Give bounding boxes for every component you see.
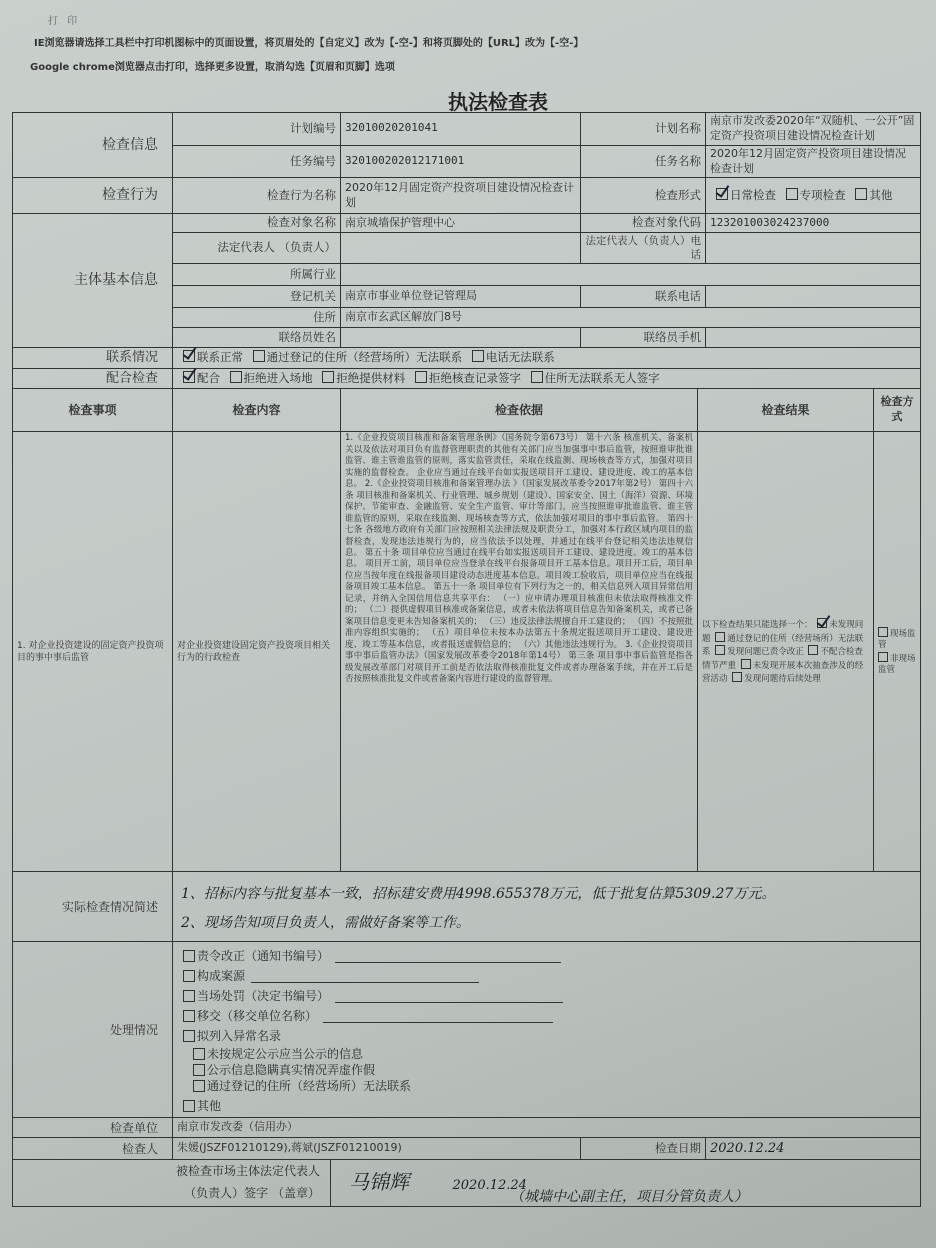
liaison-mobile-label: 联络员手机: [581, 328, 706, 348]
address-label: 住所: [173, 308, 341, 328]
inspection-form-label: 检查形式: [581, 178, 706, 214]
checkbox-onsite[interactable]: [878, 627, 888, 637]
signature-name: 马锦辉: [349, 1170, 409, 1194]
legal-rep-phone-value: [706, 232, 921, 263]
checkbox-case-source[interactable]: [183, 970, 195, 982]
checkbox-contact-address-fail[interactable]: [253, 350, 265, 362]
option-not-disclosed: 未按规定公示应当公示的信息: [207, 1046, 363, 1062]
contact-status-label: 联系情况: [13, 348, 173, 369]
checkbox-onsite-penalty[interactable]: [183, 990, 195, 1002]
option-case-source: 构成案源: [197, 968, 245, 984]
industry-value: [341, 264, 921, 286]
checkbox-no-contact-no-sign[interactable]: [531, 371, 543, 383]
ie-instruction: IE浏览器请选择工具栏中打印机图标中的页面设置，将页眉处的【自定义】改为【-空-…: [34, 34, 583, 49]
option-special: 专项检查: [800, 188, 846, 202]
checkbox-refuse-entry[interactable]: [230, 371, 242, 383]
checkbox-address-no-contact[interactable]: [193, 1080, 205, 1092]
inspection-date-value: 2020.12.24: [706, 1138, 921, 1160]
checkbox-handling-other[interactable]: [183, 1100, 195, 1112]
cooperation-label: 配合检查: [13, 368, 173, 389]
inspection-date-label: 检查日期: [581, 1138, 706, 1160]
transfer-blank[interactable]: [323, 1010, 553, 1023]
option-problem-pending: 发现问题待后续处理: [744, 674, 821, 684]
checkbox-offsite[interactable]: [878, 652, 888, 662]
check-method-options: 现场监管 非现场监管: [874, 432, 921, 872]
header-check-basis: 检查依据: [341, 389, 698, 432]
header-check-method: 检查方式: [874, 389, 921, 432]
inspection-form: 检查信息 计划编号 32010020201041 计划名称 南京市发改委2020…: [12, 112, 921, 1207]
checkbox-special[interactable]: [786, 188, 798, 200]
action-name-label: 检查行为名称: [173, 178, 341, 214]
section-subject-info: 主体基本信息: [13, 214, 173, 348]
option-contact-address-fail: 通过登记的住所（经营场所）无法联系: [267, 350, 463, 364]
option-order-correction: 责令改正（通知书编号）: [197, 948, 329, 964]
option-transfer: 移交（移交单位名称）: [197, 1008, 317, 1024]
check-content-value: 对企业投资建设固定资产投资项目相关行为的行政检查: [173, 432, 341, 872]
header-check-content: 检查内容: [173, 389, 341, 432]
contact-phone-value: [706, 286, 921, 308]
option-false-disclosure: 公示信息隐瞒真实情况弄虚作假: [207, 1062, 375, 1078]
checkbox-other[interactable]: [855, 188, 867, 200]
handling-options: 责令改正（通知书编号） 构成案源 当场处罚（决定书编号） 移交（移交单位名称） …: [173, 942, 921, 1118]
checkbox-contact-normal[interactable]: [183, 350, 195, 362]
signer-title-note: （城墙中心副主任，项目分管负责人）: [510, 1186, 748, 1206]
inspection-form-options: 日常检查 专项检查 其他: [706, 178, 921, 214]
checkbox-cooperate[interactable]: [183, 371, 195, 383]
checkbox-not-disclosed[interactable]: [193, 1048, 205, 1060]
option-address-no-contact: 通过登记的住所（经营场所）无法联系: [207, 1078, 411, 1094]
print-label: 打 印: [48, 12, 80, 27]
check-result-options: 以下检查结果只能选择一个： 未发现问题 通过登记的住所（经营场所）无法联系 发现…: [698, 432, 874, 872]
checkbox-address-unreachable[interactable]: [715, 632, 725, 642]
liaison-name-label: 联络员姓名: [173, 328, 341, 348]
checkbox-contact-phone-fail[interactable]: [472, 350, 484, 362]
signature-label-line2: （负责人）签字 （盖章）: [17, 1183, 320, 1205]
legal-rep-label: 法定代表人 （负责人）: [173, 232, 341, 263]
registrar-label: 登记机关: [173, 286, 341, 308]
signature-label: 被检查市场主体法定代表人 （负责人）签字 （盖章）: [13, 1160, 331, 1206]
option-contact-normal: 联系正常: [197, 350, 243, 364]
plan-name-value: 南京市发改委2020年“双随机、一公开”固定资产投资项目建设情况检查计划: [706, 113, 921, 146]
check-item-value: 1. 对企业投资建设的固定资产投资项目的事中事后监管: [13, 432, 173, 872]
checkbox-routine[interactable]: [716, 188, 728, 200]
check-basis-value: 1.《企业投资项目核准和备案管理条例》（国务院令第673号） 第十六条 核准机关…: [341, 432, 698, 872]
checkbox-non-cooperation[interactable]: [808, 645, 818, 655]
task-name-label: 任务名称: [581, 145, 706, 178]
checkbox-problem-pending[interactable]: [732, 672, 742, 682]
actual-summary-value: 1、招标内容与批复基本一致，招标建安费用4998.655378万元，低于批复估算…: [173, 872, 921, 942]
option-handling-other: 其他: [197, 1098, 221, 1114]
liaison-mobile-value: [706, 328, 921, 348]
header-check-item: 检查事项: [13, 389, 173, 432]
object-name-label: 检查对象名称: [173, 214, 341, 233]
contact-phone-label: 联系电话: [581, 286, 706, 308]
option-routine: 日常检查: [730, 188, 776, 202]
plan-name-label: 计划名称: [581, 113, 706, 146]
option-cooperate: 配合: [197, 371, 220, 385]
address-value: 南京市玄武区解放门8号: [341, 308, 921, 328]
handling-label: 处理情况: [13, 942, 173, 1118]
option-onsite-penalty: 当场处罚（决定书编号）: [197, 988, 329, 1004]
object-code-value: 123201003024237000: [706, 214, 921, 233]
object-code-label: 检查对象代码: [581, 214, 706, 233]
inspection-unit-value: 南京市发改委（信用办）: [173, 1118, 921, 1138]
section-inspection-info: 检查信息: [13, 113, 173, 178]
option-other: 其他: [869, 188, 892, 202]
onsite-penalty-blank[interactable]: [335, 990, 563, 1003]
section-inspection-action: 检查行为: [13, 178, 173, 214]
checkbox-no-activity[interactable]: [741, 659, 751, 669]
checkbox-transfer[interactable]: [183, 1010, 195, 1022]
checkbox-abnormal-list[interactable]: [183, 1030, 195, 1042]
option-refuse-sign: 拒绝核查记录签字: [429, 371, 521, 385]
chrome-instruction: Google chrome浏览器点击打印，选择更多设置，取消勾选【页眉和页脚】选…: [30, 58, 395, 73]
inspectors-value: 朱媛(JSZF01210129),蒋斌(JSZF01210019): [173, 1138, 581, 1160]
contact-status-options: 联系正常 通过登记的住所（经营场所）无法联系 电话无法联系: [173, 348, 921, 369]
option-problem-corrected: 发现问题已责令改正: [727, 647, 804, 657]
header-check-result: 检查结果: [698, 389, 874, 432]
page-title: 执法检查表: [0, 86, 936, 115]
checkbox-refuse-materials[interactable]: [322, 371, 334, 383]
registrar-value: 南京市事业单位登记管理局: [341, 286, 581, 308]
inspectors-label: 检查人: [13, 1138, 173, 1160]
result-intro: 以下检查结果只能选择一个：: [702, 620, 813, 630]
task-no-label: 任务编号: [173, 145, 341, 178]
plan-no-label: 计划编号: [173, 113, 341, 146]
plan-no-value: 32010020201041: [341, 113, 581, 146]
actual-summary-label: 实际检查情况简述: [13, 872, 173, 942]
option-abnormal-list: 拟列入异常名录: [197, 1028, 281, 1044]
inspection-unit-label: 检查单位: [13, 1118, 173, 1138]
industry-label: 所属行业: [173, 264, 341, 286]
checkbox-refuse-sign[interactable]: [415, 371, 427, 383]
checkbox-no-problem[interactable]: [817, 618, 827, 628]
action-name-value: 2020年12月固定资产投资项目建设情况检查计划: [341, 178, 581, 214]
summary-line-1: 1、招标内容与批复基本一致，招标建安费用4998.655378万元，低于批复估算…: [181, 885, 916, 904]
checkbox-order-correction[interactable]: [183, 950, 195, 962]
legal-rep-value: [341, 232, 581, 263]
checkbox-false-disclosure[interactable]: [193, 1064, 205, 1076]
task-no-value: 320100202012171001: [341, 145, 581, 178]
option-no-contact-no-sign: 住所无法联系无人签字: [545, 371, 660, 385]
object-name-value: 南京城墙保护管理中心: [341, 214, 581, 233]
order-correction-blank[interactable]: [335, 950, 561, 963]
cooperation-options: 配合 拒绝进入场地 拒绝提供材料 拒绝核查记录签字 住所无法联系无人签字: [173, 368, 921, 389]
option-contact-phone-fail: 电话无法联系: [486, 350, 555, 364]
signature-label-line1: 被检查市场主体法定代表人: [17, 1161, 320, 1183]
legal-rep-phone-label: 法定代表人（负责人）电话: [581, 232, 706, 263]
task-name-value: 2020年12月固定资产投资项目建设情况检查计划: [706, 145, 921, 178]
case-source-blank[interactable]: [251, 970, 479, 983]
liaison-name-value: [341, 328, 581, 348]
option-refuse-materials: 拒绝提供材料: [336, 371, 405, 385]
summary-line-2: 2、现场告知项目负责人，需做好备案等工作。: [181, 914, 916, 933]
checkbox-problem-corrected[interactable]: [715, 645, 725, 655]
option-refuse-entry: 拒绝进入场地: [244, 371, 313, 385]
